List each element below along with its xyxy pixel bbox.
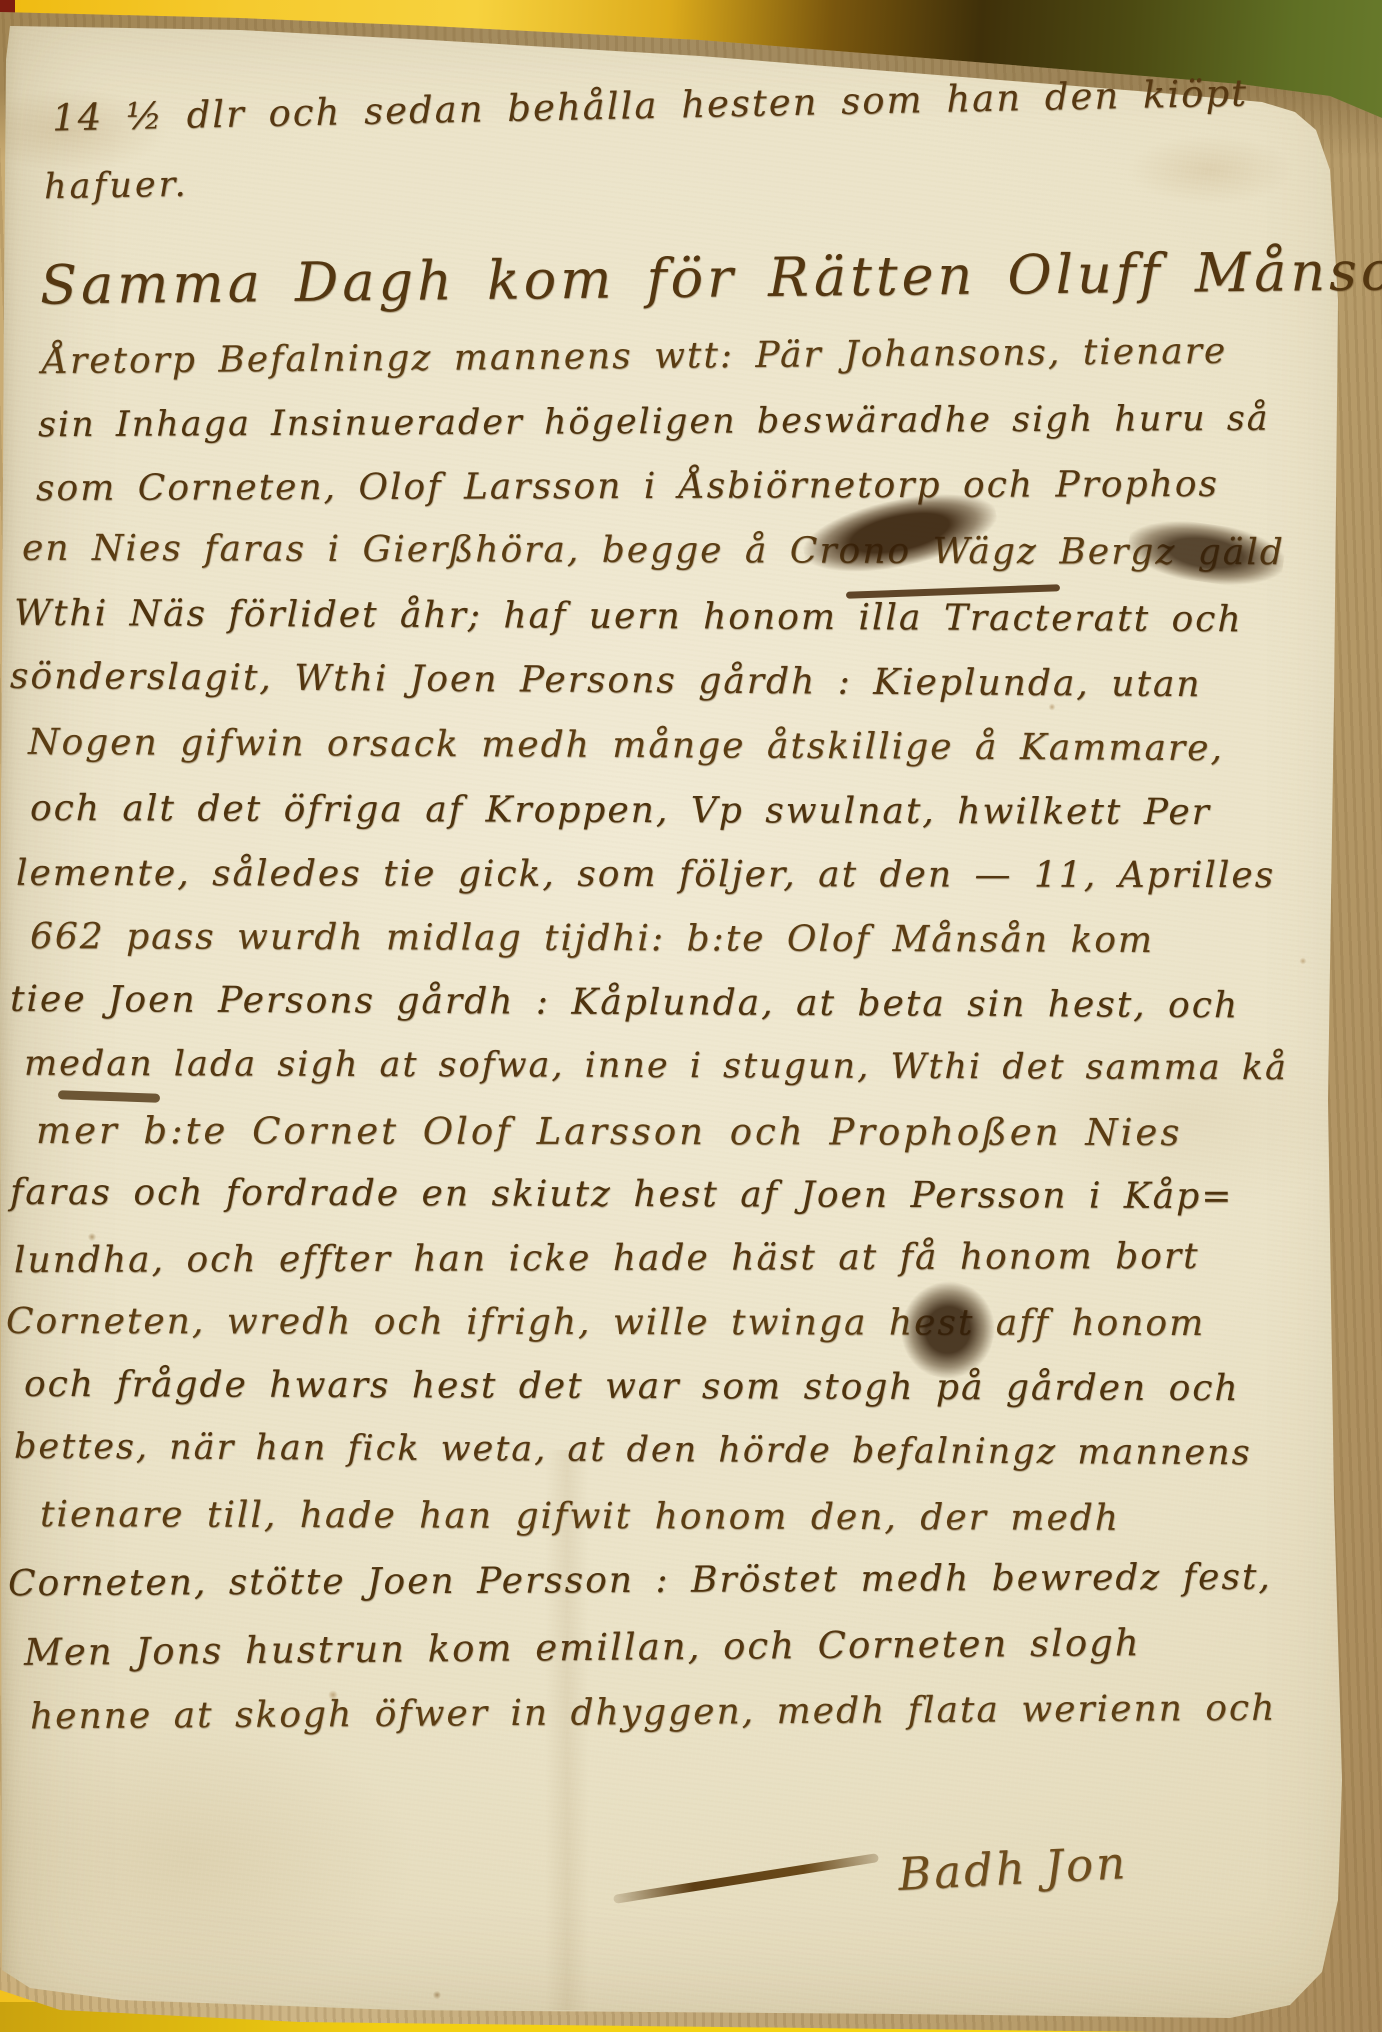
manuscript-line: och alt det öfriga af Kroppen, Vp swulna… xyxy=(30,788,1211,833)
manuscript-line: Samma Dagh kom för Rätten Oluff Månson i xyxy=(40,238,1382,316)
manuscript-line: som Corneten, Olof Larsson i Åsbiörnetor… xyxy=(36,464,1219,509)
manuscript-line: Corneten, wredh och ifrigh, wille twinga… xyxy=(6,1301,1205,1344)
manuscript-line: bettes, när han fick weta, at den hörde … xyxy=(14,1427,1252,1473)
manuscript-line: Nogen gifwin orsack medh månge åtskillig… xyxy=(28,722,1224,769)
manuscript-line: mer b:te Cornet Olof Larsson och Prophoß… xyxy=(36,1109,1182,1154)
manuscript-line: faras och fordrade en skiutz hest af Joe… xyxy=(10,1172,1234,1217)
header-line: hafuer. xyxy=(44,165,189,208)
manuscript-line: 662 pass wurdh midlag tijdhi: b:te Olof … xyxy=(30,916,1154,961)
manuscript-line: lemente, således tie gick, som följer, a… xyxy=(16,853,1275,896)
ink-underline xyxy=(58,1090,160,1103)
manuscript-line: en Nies faras i Gierßhöra, begge å Crono… xyxy=(22,528,1285,573)
manuscript-line: sin Inhaga Insinuerader högeligen beswär… xyxy=(38,399,1270,445)
manuscript-line: Corneten, stötte Joen Persson : Bröstet … xyxy=(8,1557,1272,1605)
manuscript-line: sönderslagit, Wthi Joen Persons gårdh : … xyxy=(10,656,1202,705)
manuscript-line: medan lada sigh at sofwa, inne i stugun,… xyxy=(24,1044,1288,1088)
manuscript-photo: 14 ½ dlr och sedan behålla hesten som ha… xyxy=(0,0,1382,2032)
manuscript-line: och frågde hwars hest det war som stogh … xyxy=(24,1364,1240,1409)
manuscript-line: tiee Joen Persons gårdh : Kåplunda, at b… xyxy=(10,979,1239,1026)
manuscript-line: lundha, och effter han icke hade häst at… xyxy=(14,1236,1200,1281)
signature-flourish-dash xyxy=(613,1853,879,1904)
manuscript-line: tienare till, hade han gifwit honom den,… xyxy=(40,1494,1120,1539)
signature: Badh Jon xyxy=(897,1836,1130,1901)
handwriting-layer: 14 ½ dlr och sedan behålla hesten som ha… xyxy=(0,0,1382,2032)
manuscript-line: Wthi Näs förlidet åhr; haf uern honom il… xyxy=(14,593,1243,640)
ink-overline xyxy=(846,584,1060,598)
manuscript-line: Åretorp Befalningz mannens wtt: Pär Joha… xyxy=(42,331,1228,382)
manuscript-line: henne at skogh öfwer in dhyggen, medh fl… xyxy=(30,1688,1277,1738)
ink-blot xyxy=(1125,513,1288,592)
manuscript-line: Men Jons hustrun kom emillan, och Cornet… xyxy=(24,1621,1141,1674)
header-line: 14 ½ dlr och sedan behålla hesten som ha… xyxy=(52,71,1249,139)
